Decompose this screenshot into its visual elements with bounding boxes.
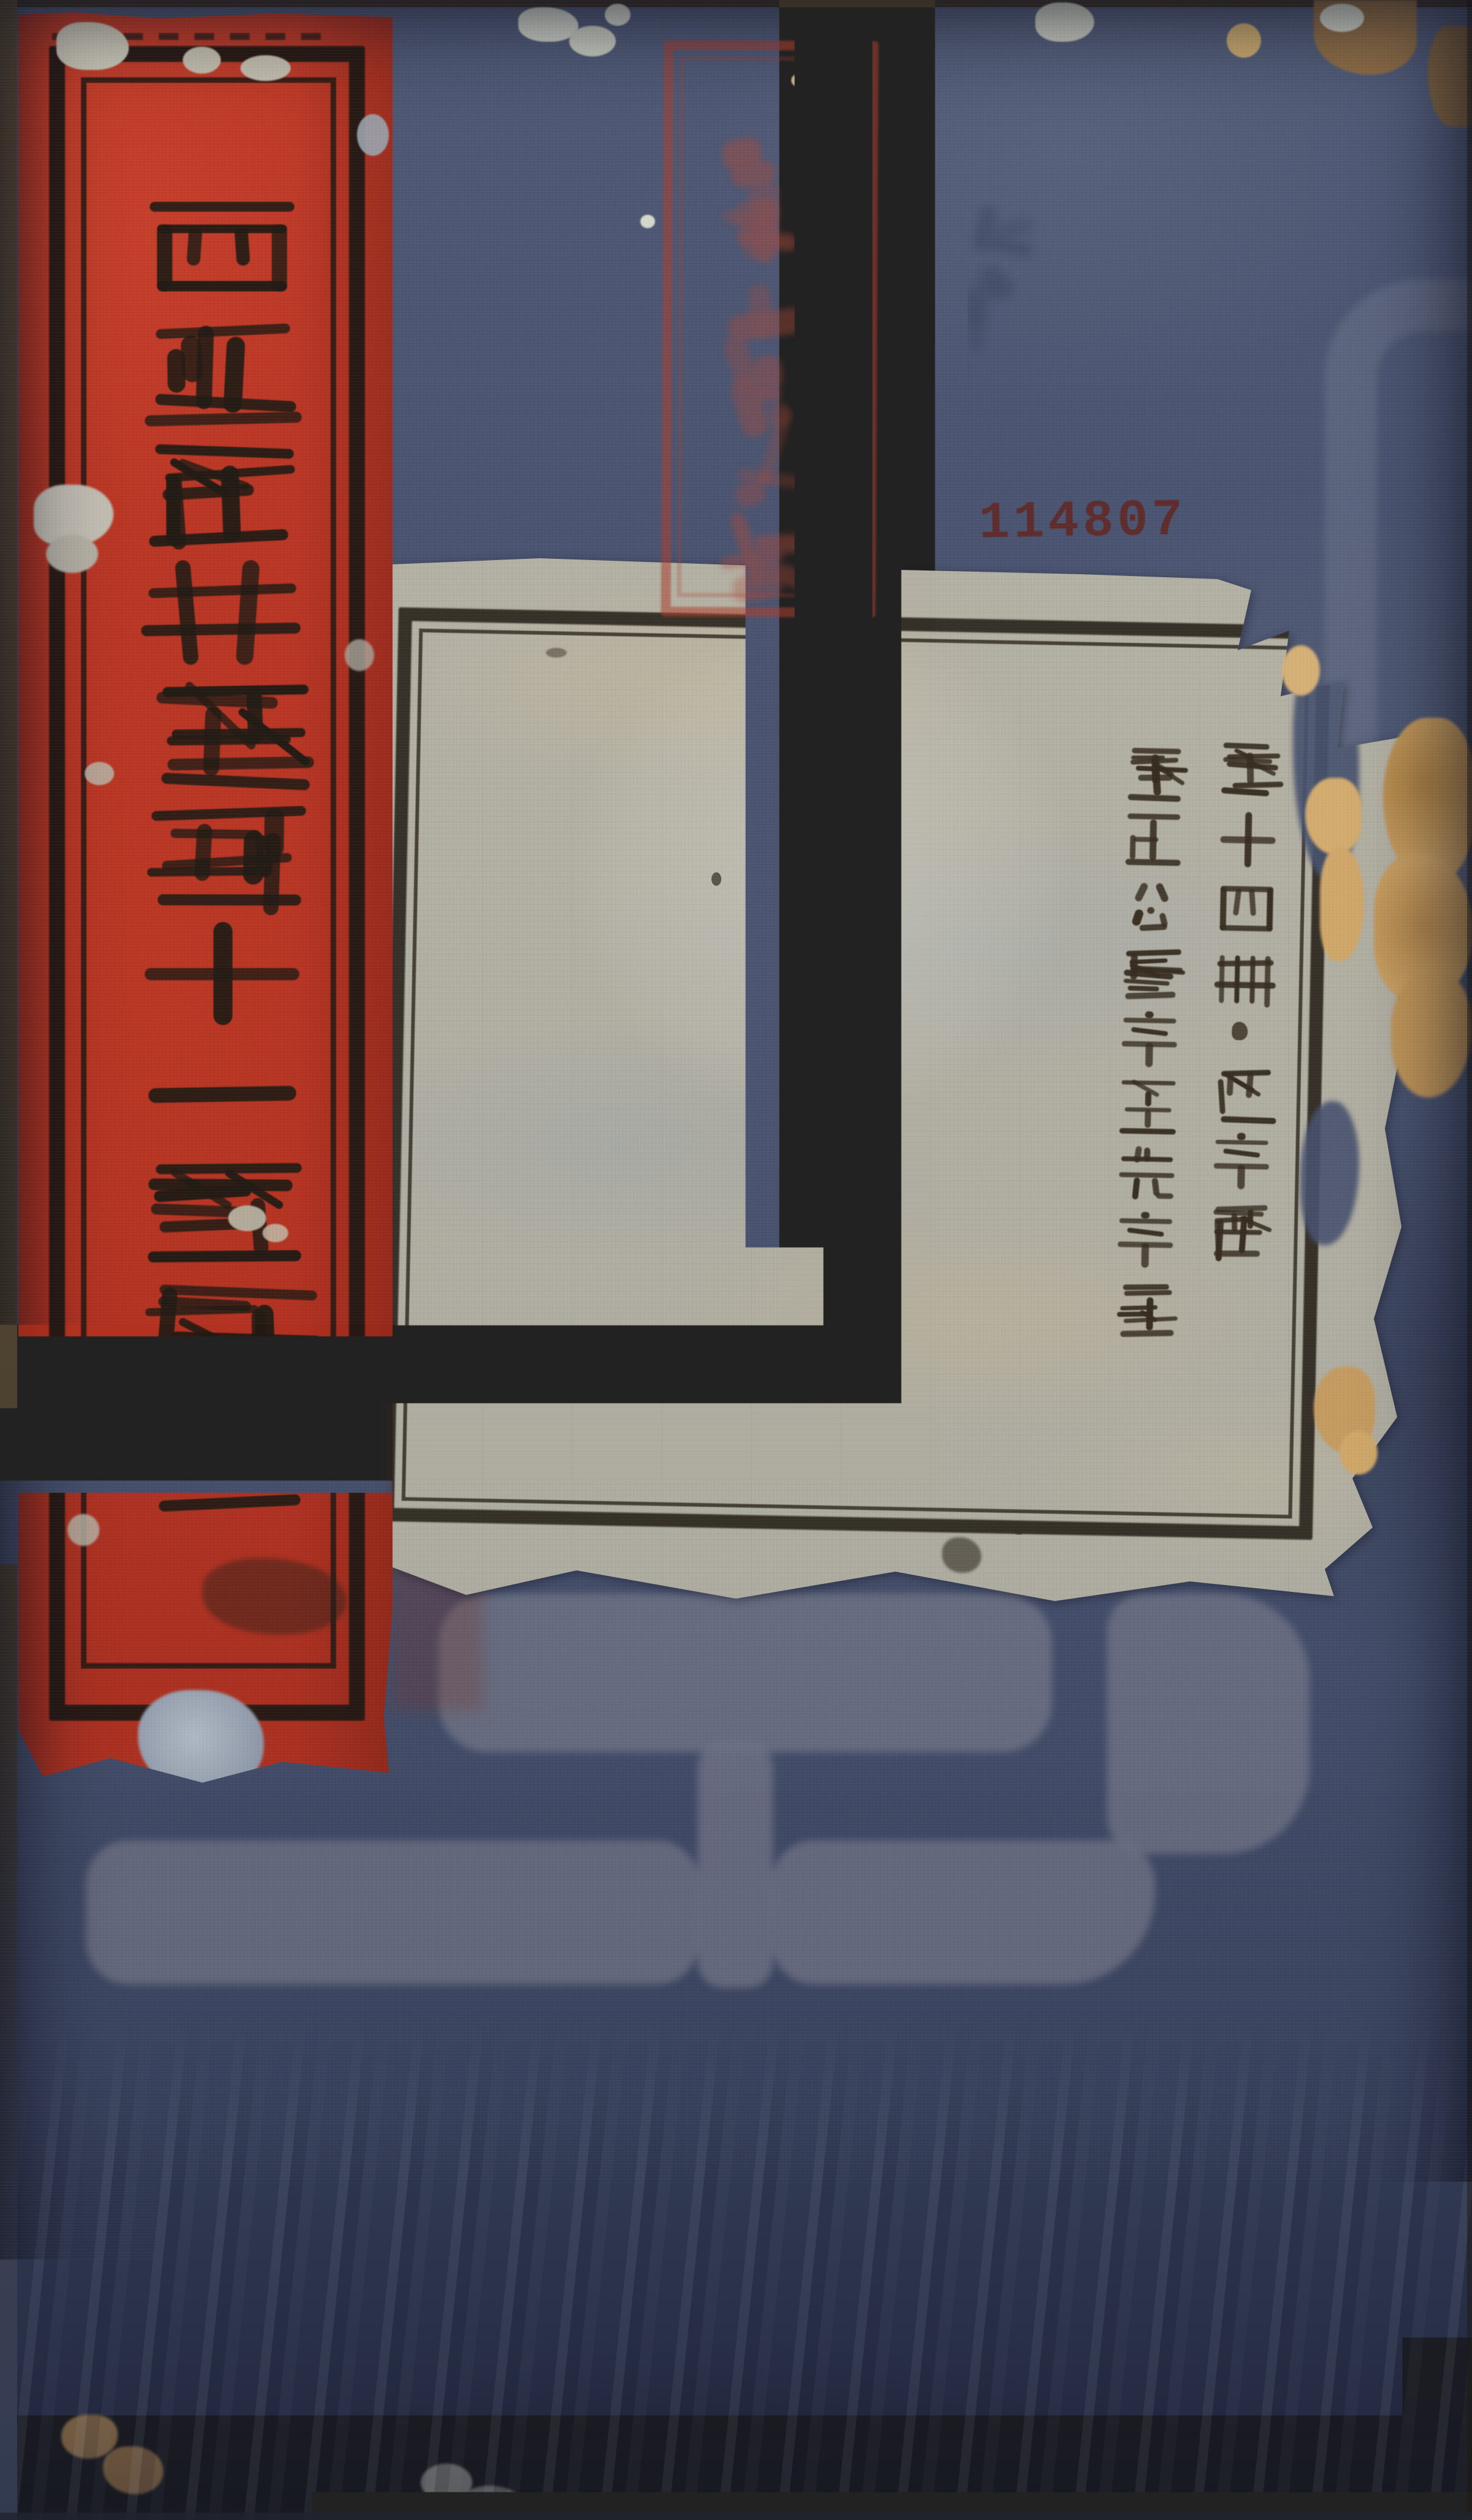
paint-smear — [1293, 643, 1359, 882]
ghost-writing-mark — [954, 202, 1027, 331]
stain — [1314, 1367, 1375, 1453]
ink-smudge — [202, 1558, 347, 1635]
edge-line — [0, 0, 1472, 7]
chip — [183, 47, 221, 74]
chip — [460, 2486, 520, 2518]
label-paper — [393, 558, 1411, 1601]
separator-dot — [1232, 1021, 1248, 1040]
library-seal — [661, 40, 879, 618]
chip — [345, 639, 374, 671]
spine-frame-outer — [49, 46, 365, 1721]
spine-frame-inner — [81, 77, 336, 1669]
vignette — [0, 0, 1472, 2520]
ink-smudge — [942, 1537, 981, 1573]
chip — [569, 26, 616, 56]
stain — [1374, 854, 1472, 1001]
chip — [228, 1205, 266, 1231]
chip — [605, 4, 631, 26]
stain — [1320, 848, 1364, 961]
ink-smudge — [340, 1412, 385, 1470]
chip — [56, 22, 129, 70]
chip — [67, 1514, 99, 1546]
chip — [815, 90, 846, 126]
chip — [640, 215, 655, 228]
chip — [1227, 23, 1261, 58]
chip — [421, 2464, 472, 2502]
stain — [1282, 645, 1320, 696]
ghost-writing-mark — [919, 331, 971, 411]
spine-edge — [0, 0, 17, 2520]
stain — [1340, 1431, 1378, 1475]
crease-line — [881, 55, 884, 546]
ink-smudge — [236, 1420, 359, 1491]
volume-number-column — [380, 607, 1331, 1540]
accession-number-stamp: 114807 — [978, 493, 1188, 558]
edge-line — [0, 2513, 1472, 2520]
edge-line — [1467, 0, 1472, 2520]
volume-label — [393, 558, 1411, 1601]
chip — [138, 1690, 264, 1794]
chip — [1035, 2, 1094, 42]
chip — [518, 7, 578, 42]
noise-overlay — [0, 0, 1472, 2520]
red-offset-shadow — [393, 681, 540, 975]
seal-mark — [707, 469, 824, 611]
chip — [34, 485, 113, 546]
generation-range-column — [380, 607, 1331, 1540]
book-cover: 西麓雙井黃氏十一修族譜 第十四冊、繼字號 齊正公家字至先字派 — [0, 0, 1472, 2520]
chip — [1320, 4, 1364, 32]
chip — [263, 1224, 288, 1242]
chip — [46, 535, 98, 573]
chip — [85, 762, 114, 785]
stain — [61, 2414, 118, 2459]
ink-speck — [711, 872, 721, 886]
stain — [1305, 778, 1362, 855]
ink-speck — [743, 1342, 751, 1352]
ghost-imprint — [0, 0, 1472, 2520]
spine-title-strip — [18, 12, 393, 1785]
stain — [1391, 972, 1472, 1097]
stain — [103, 2446, 163, 2494]
ink-speck — [876, 946, 884, 957]
ink-speck — [546, 648, 567, 658]
chip — [357, 114, 389, 156]
red-offset-shadow — [391, 656, 483, 1711]
chip — [791, 74, 807, 87]
spine-title-column — [18, 12, 393, 1785]
paint-smear — [1300, 1101, 1359, 1245]
bottom-shading — [0, 2024, 1472, 2520]
label-border-frame — [380, 607, 1331, 1540]
stain — [1383, 718, 1472, 883]
seal-mark — [720, 283, 825, 440]
stain — [1314, 0, 1417, 75]
ink-speck — [1013, 1526, 1024, 1535]
chip — [240, 55, 291, 81]
stain — [1428, 26, 1472, 127]
seal-mark — [715, 99, 826, 256]
